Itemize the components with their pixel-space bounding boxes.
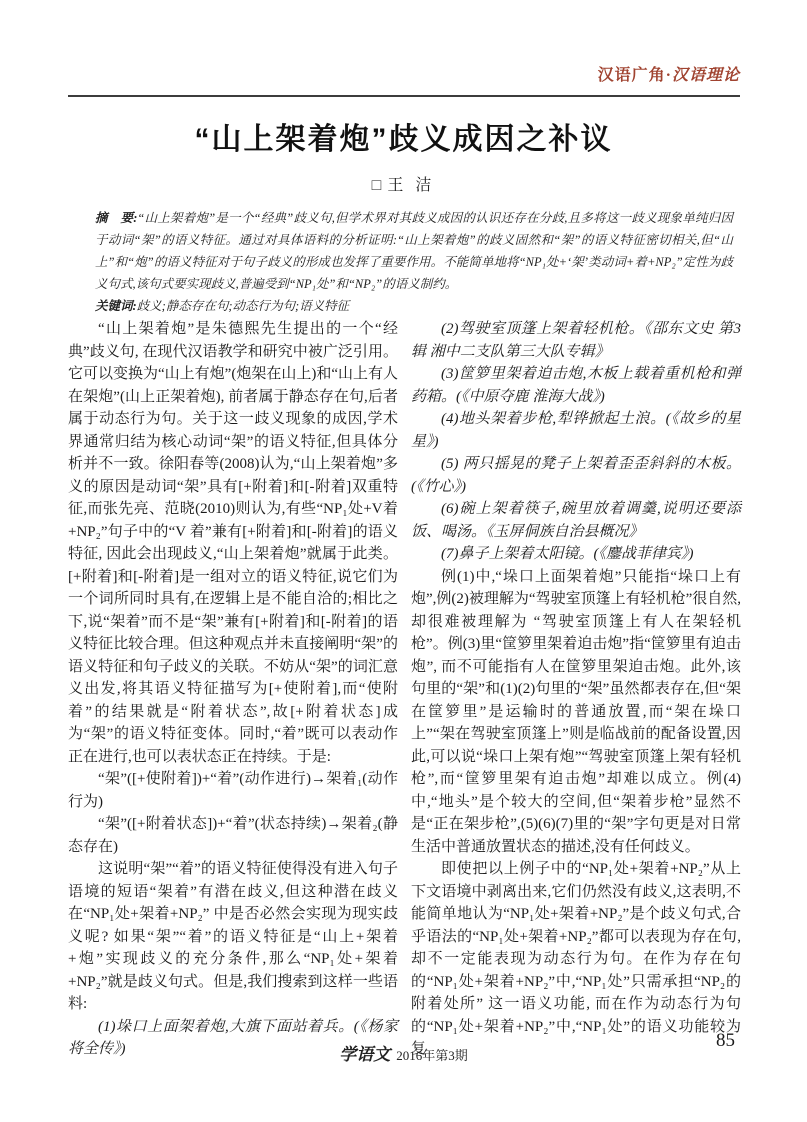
journal-page: 汉语广角·汉语理论 “山上架着炮”歧义成因之补议 □王 洁 摘 要:“山上架着炮… [0, 0, 807, 1122]
paragraph-body: 这说明“架”“着”的语义特征使得没有进入句子语境的短语“架着”有潜在歧义,但这种… [68, 858, 398, 1016]
author-marker-icon: □ [372, 177, 382, 194]
section-name: 汉语广角 [598, 67, 666, 84]
paragraph-example: (4)地头架着步枪,犁铧掀起土浪。(《故乡的星星》) [411, 408, 741, 453]
subsection-name: 汉语理论 [672, 67, 740, 84]
paragraph-example: (5) 两只摇晃的凳子上架着歪歪斜斜的木板。(《竹心》) [411, 453, 741, 498]
keywords-text: 歧义;静态存在句;动态行为句;语义特征 [137, 299, 350, 313]
footer-journal-line: 学语文2016年第3期 [0, 1040, 807, 1065]
header-rule [68, 95, 740, 97]
author-name: 王 洁 [387, 177, 435, 194]
journal-issue: 2016年第3期 [396, 1048, 468, 1063]
paragraph-formula: “架”([+附着状态])+“着”(状态持续)→架着₂(静态存在) [68, 813, 398, 858]
abstract-block: 摘 要:“山上架着炮”是一个“经典”歧义句,但学术界对其歧义成因的认识还存在分歧… [95, 207, 733, 317]
author-line: □王 洁 [0, 172, 807, 195]
paragraph-formula: “架”([+使附着])+“着”(动作进行)→架着₁(动作行为) [68, 768, 398, 813]
abstract-text: “山上架着炮”是一个“经典”歧义句,但学术界对其歧义成因的认识还存在分歧,且多将… [95, 211, 733, 291]
paragraph-example: (2)驾驶室顶篷上架着轻机枪。《邵东文史 第3辑 湘中二支队第三大队专辑》 [411, 318, 741, 363]
page-number: 85 [716, 1030, 735, 1052]
column-left: “山上架着炮”是朱德熙先生提出的一个“经典”歧义句, 在现代汉语教学和研究中被广… [68, 318, 398, 1061]
article-title: “山上架着炮”歧义成因之补议 [0, 114, 807, 158]
paragraph-example: (3)筐箩里架着迫击炮,木板上载着重机枪和弹药箱。(《中原夺鹿 淮海大战》) [411, 363, 741, 408]
paragraph-body: 即使把以上例子中的“NP₁处+架着+NP₂”从上下文语境中剥离出来,它们仍然没有… [411, 858, 741, 1061]
paragraph-example: (6)碗上架着筷子,碗里放着调羹,说明还要添饭、喝汤。《玉屏侗族自治县概况》 [411, 498, 741, 543]
paragraph-body: “山上架着炮”是朱德熙先生提出的一个“经典”歧义句, 在现代汉语教学和研究中被广… [68, 318, 398, 768]
abstract-label: 摘 要: [95, 211, 137, 225]
paragraph-body: 例(1)中,“垛口上面架着炮”只能指“垛口上有炮”,例(2)被理解为“驾驶室顶篷… [411, 566, 741, 859]
section-header: 汉语广角·汉语理论 [68, 62, 740, 85]
keywords-label: 关键词: [95, 299, 137, 313]
keywords-paragraph: 关键词:歧义;静态存在句;动态行为句;语义特征 [95, 295, 733, 317]
column-right: (2)驾驶室顶篷上架着轻机枪。《邵东文史 第3辑 湘中二支队第三大队专辑》(3)… [411, 318, 741, 1061]
paragraph-example: (7)鼻子上架着太阳镜。(《鏖战菲律宾》) [411, 543, 741, 566]
journal-name: 学语文 [339, 1045, 390, 1064]
abstract-paragraph: 摘 要:“山上架着炮”是一个“经典”歧义句,但学术界对其歧义成因的认识还存在分歧… [95, 207, 733, 295]
